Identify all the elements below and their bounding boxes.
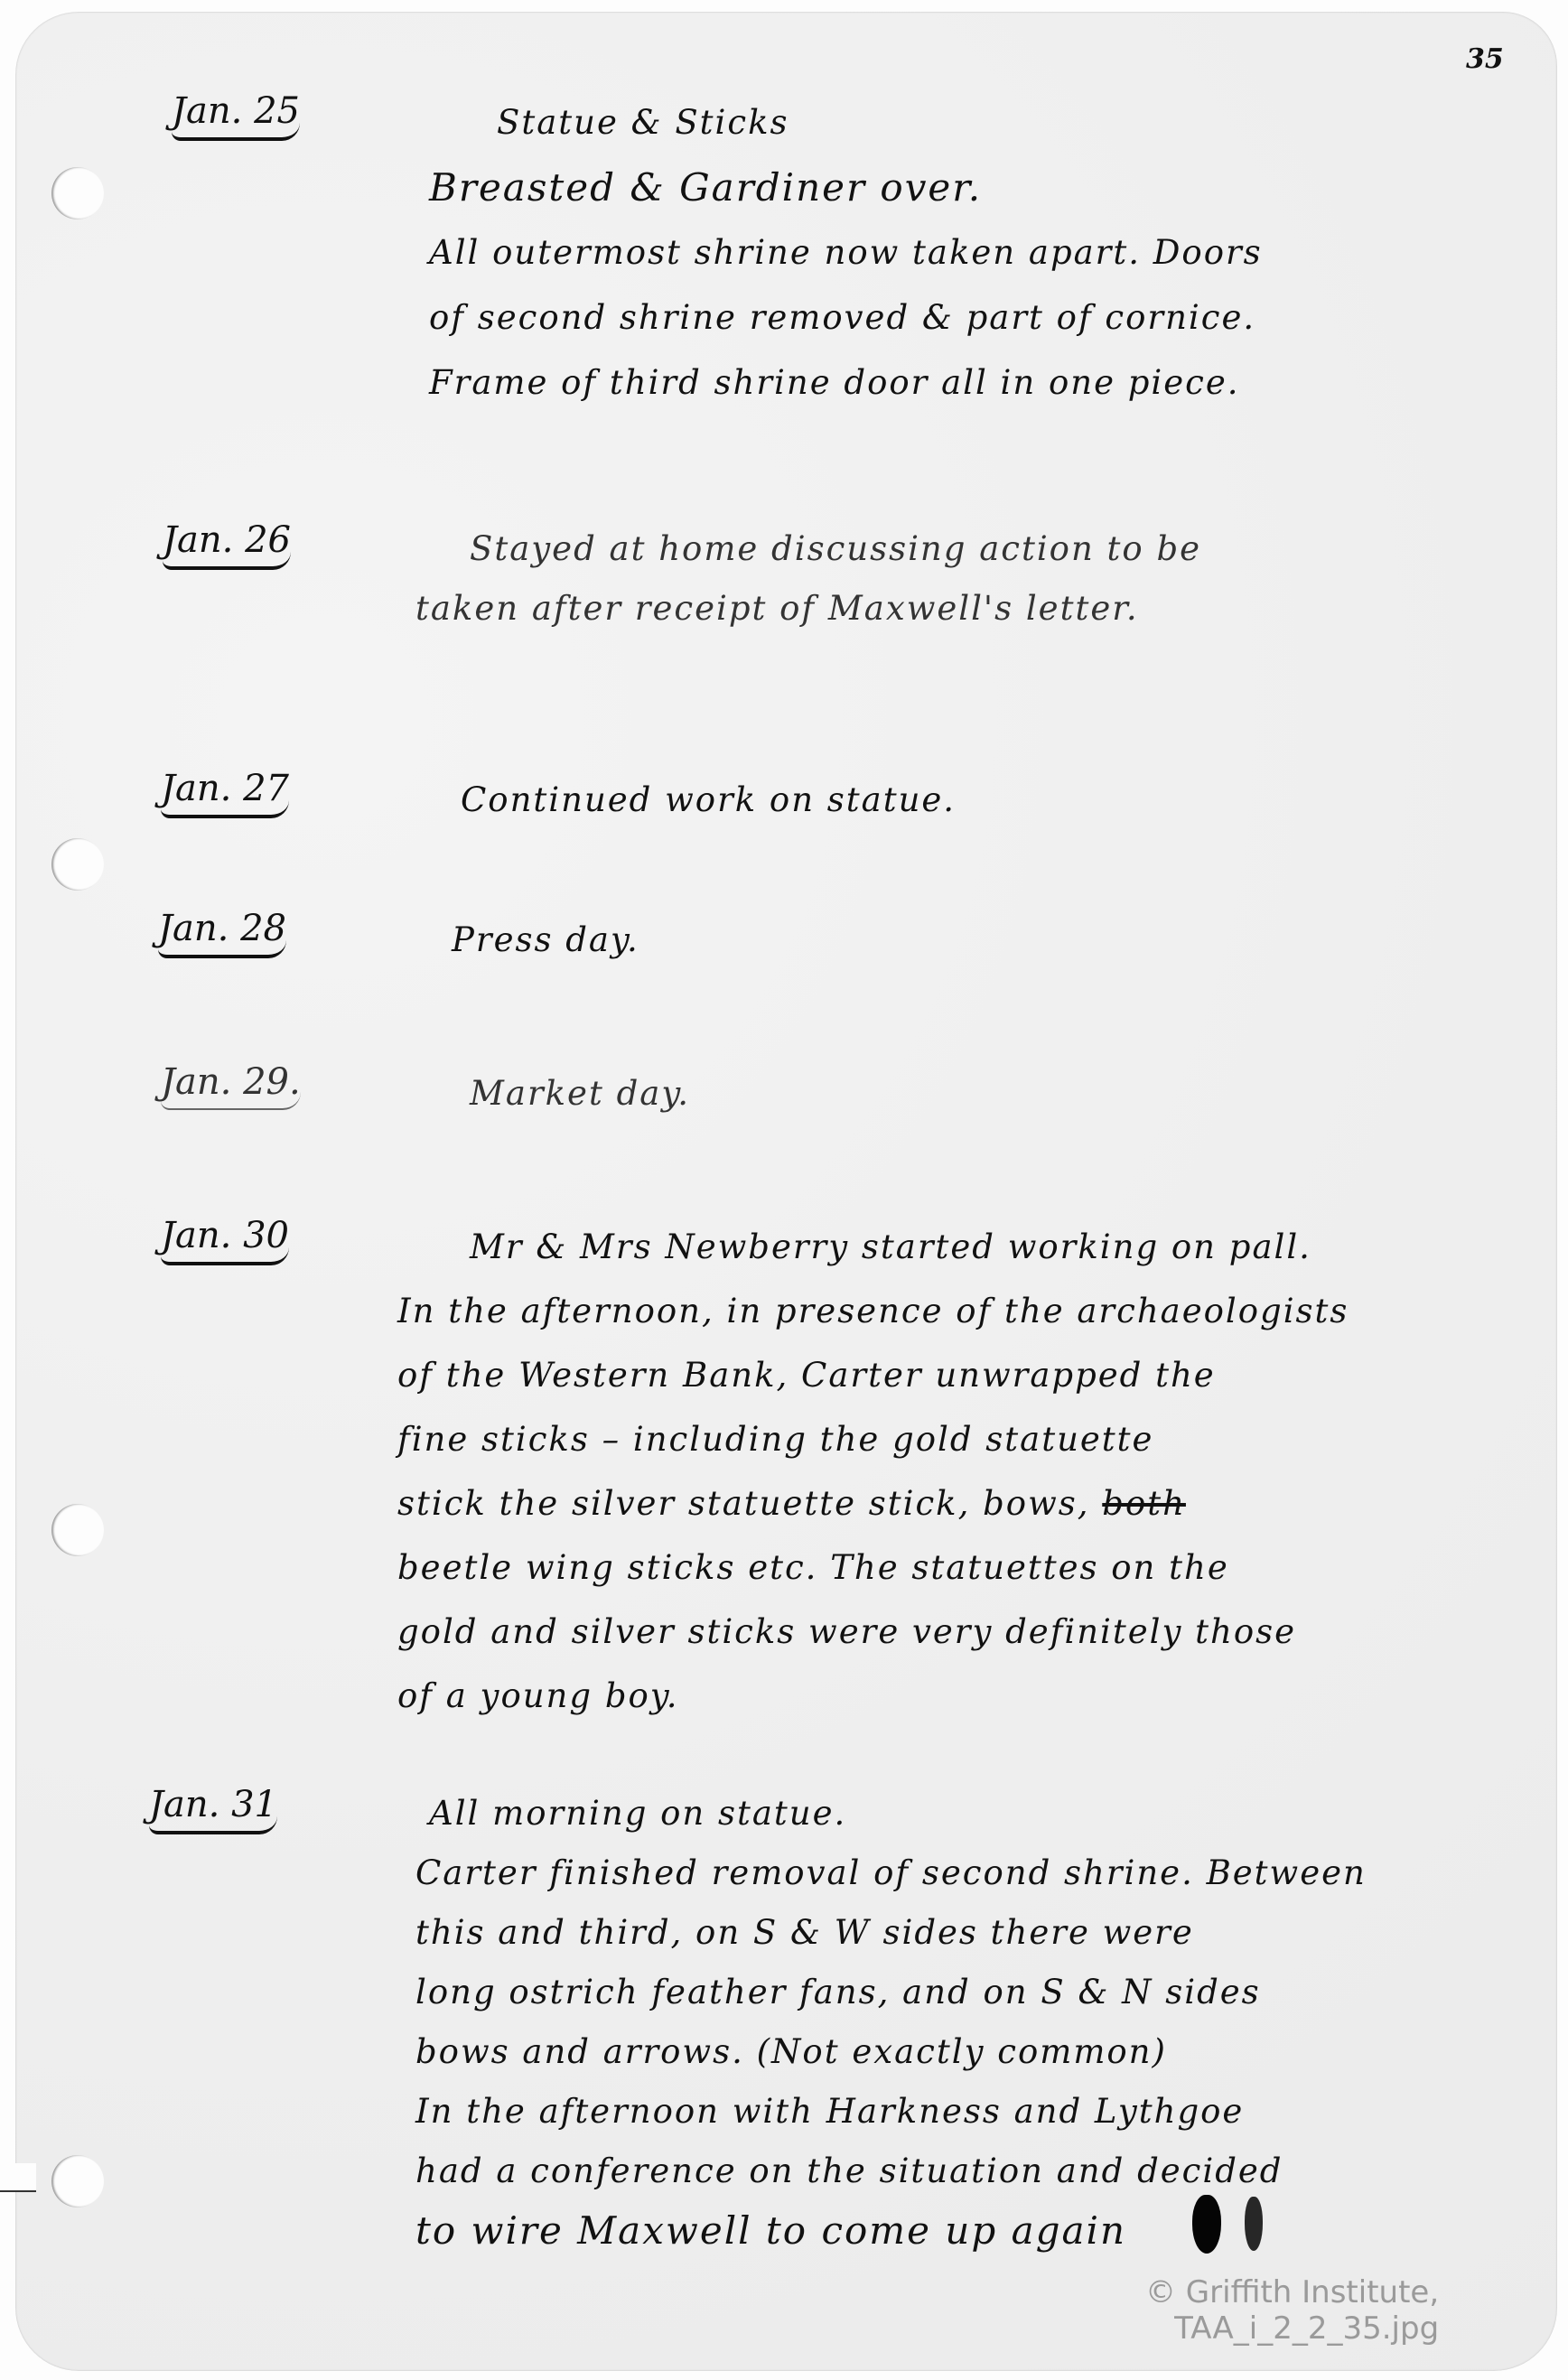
punch-hole [51, 838, 104, 891]
entry-line: stick the silver statuette stick, bows, … [397, 1471, 1349, 1535]
ink-blot [1192, 2195, 1221, 2254]
entry-line: bows and arrows. (Not exactly common) [415, 2022, 1367, 2082]
entry-line: of a young boy. [397, 1664, 1349, 1728]
entry-date: Jan. 28 [158, 908, 286, 958]
entry-line: this and third, on S & W sides there wer… [415, 1903, 1367, 1963]
entry-line-text: stick the silver statuette stick, bows, [397, 1484, 1090, 1523]
punch-hole [51, 1504, 104, 1556]
ink-blot [1245, 2197, 1263, 2251]
page-tear [0, 2163, 36, 2192]
struck-out-word: both [1102, 1484, 1186, 1523]
entry-text: Statue & Sticks Breasted & Gardiner over… [429, 90, 1263, 415]
entry-line: fine sticks – including the gold statuet… [397, 1407, 1349, 1471]
entry-line: Frame of third shrine door all in one pi… [429, 350, 1263, 415]
entry-date: Jan. 26 [163, 519, 291, 570]
watermark-line: © Griffith Institute, [1145, 2274, 1439, 2310]
entry-line: In the afternoon, in presence of the arc… [397, 1279, 1349, 1343]
entry-line: long ostrich feather fans, and on S & N … [415, 1963, 1367, 2022]
entry-line: Breasted & Gardiner over. [429, 155, 1263, 220]
entry-date: Jan. 29. [161, 1061, 301, 1110]
entry-text: Mr & Mrs Newberry started working on pal… [397, 1215, 1349, 1728]
entry-line: to wire Maxwell to come up again [415, 2201, 1367, 2261]
entry-line: beetle wing sticks etc. The statuettes o… [397, 1535, 1349, 1600]
copyright-watermark: © Griffith Institute, TAA_i_2_2_35.jpg [1145, 2274, 1439, 2347]
entry-line: of second shrine removed & part of corni… [429, 285, 1263, 350]
entry-line: All morning on statue. [429, 1784, 1367, 1843]
entry-date: Jan. 31 [149, 1784, 277, 1834]
entry-line: Carter finished removal of second shrine… [415, 1843, 1367, 1903]
entry-line: Statue & Sticks [497, 90, 1263, 155]
entry-text: Stayed at home discussing action to be t… [415, 519, 1201, 639]
entry-line: Continued work on statue. [461, 768, 956, 833]
entry-line: In the afternoon with Harkness and Lythg… [415, 2082, 1367, 2142]
entry-date: Jan. 27 [161, 768, 289, 818]
entry-line: Stayed at home discussing action to be [470, 519, 1201, 579]
entry-text: Press day. [452, 908, 639, 973]
entry-date: Jan. 30 [161, 1215, 289, 1265]
entry-text: All morning on statue. Carter finished r… [415, 1784, 1367, 2261]
entry-line: Mr & Mrs Newberry started working on pal… [470, 1215, 1349, 1279]
entry-date: Jan. 25 [172, 90, 300, 141]
entry-line: gold and silver sticks were very definit… [397, 1600, 1349, 1664]
entry-line: All outermost shrine now taken apart. Do… [429, 220, 1263, 285]
entry-text: Market day. [470, 1061, 690, 1126]
entry-line: Market day. [470, 1061, 690, 1126]
entry-line: Press day. [452, 908, 639, 973]
punch-hole [51, 167, 104, 219]
entry-line: had a conference on the situation and de… [415, 2142, 1367, 2201]
entry-line: of the Western Bank, Carter unwrapped th… [397, 1343, 1349, 1407]
watermark-filename: TAA_i_2_2_35.jpg [1145, 2310, 1439, 2347]
punch-hole-torn [51, 2155, 104, 2207]
page-number: 35 [1466, 43, 1504, 75]
entry-text: Continued work on statue. [461, 768, 956, 833]
entry-line: taken after receipt of Maxwell's letter. [415, 579, 1201, 639]
